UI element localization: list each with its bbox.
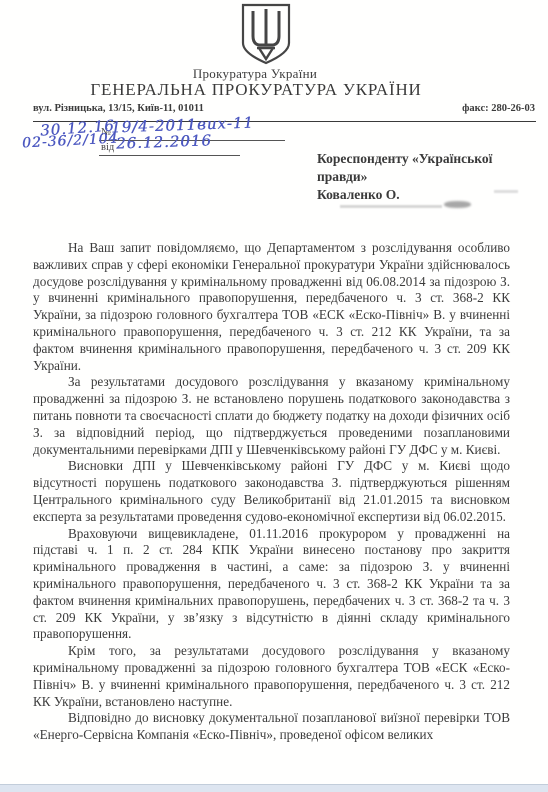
- redaction-smudge: [494, 190, 518, 193]
- body-paragraph: Відповідно до висновку документальної по…: [33, 710, 510, 744]
- scanned-letter-page: Прокуратура України ГЕНЕРАЛЬНА ПРОКУРАТУ…: [0, 0, 548, 792]
- body-paragraph: На Ваш запит повідомляємо, що Департамен…: [33, 240, 510, 374]
- body-paragraph: Крім того, за результатами досудового ро…: [33, 643, 510, 710]
- scan-bottom-strip: [0, 784, 548, 792]
- addressee-line-1: Кореспонденту «Української: [317, 150, 532, 168]
- ref-date-line: [99, 155, 240, 156]
- addressee-line-2: правди»: [317, 168, 532, 186]
- body-paragraph: За результатами досудового розслідування…: [33, 374, 510, 458]
- handwritten-incoming-date: 26.12.2016: [116, 131, 212, 152]
- redaction-smudge: [444, 201, 471, 208]
- street-address: вул. Різницька, 13/15, Київ-11, 01011: [33, 103, 204, 114]
- redaction-smudge: [340, 205, 442, 208]
- addressee-line-3: Коваленко О.: [317, 186, 532, 204]
- letter-body: На Ваш запит повідомляємо, що Департамен…: [33, 240, 510, 744]
- addressee-block: Кореспонденту «Української правди» Ковал…: [317, 150, 532, 204]
- org-name-main: ГЕНЕРАЛЬНА ПРОКУРАТУРА УКРАЇНИ: [0, 80, 512, 100]
- letterhead-contact-row: вул. Різницька, 13/15, Київ-11, 01011 фа…: [33, 103, 535, 114]
- body-paragraph: Враховуючи вищевикладене, 01.11.2016 про…: [33, 526, 510, 644]
- body-paragraph: Висновки ДПІ у Шевченківському районі ГУ…: [33, 458, 510, 525]
- fax-number: факс: 280-26-03: [462, 103, 535, 114]
- ukraine-trident-icon: [239, 3, 293, 65]
